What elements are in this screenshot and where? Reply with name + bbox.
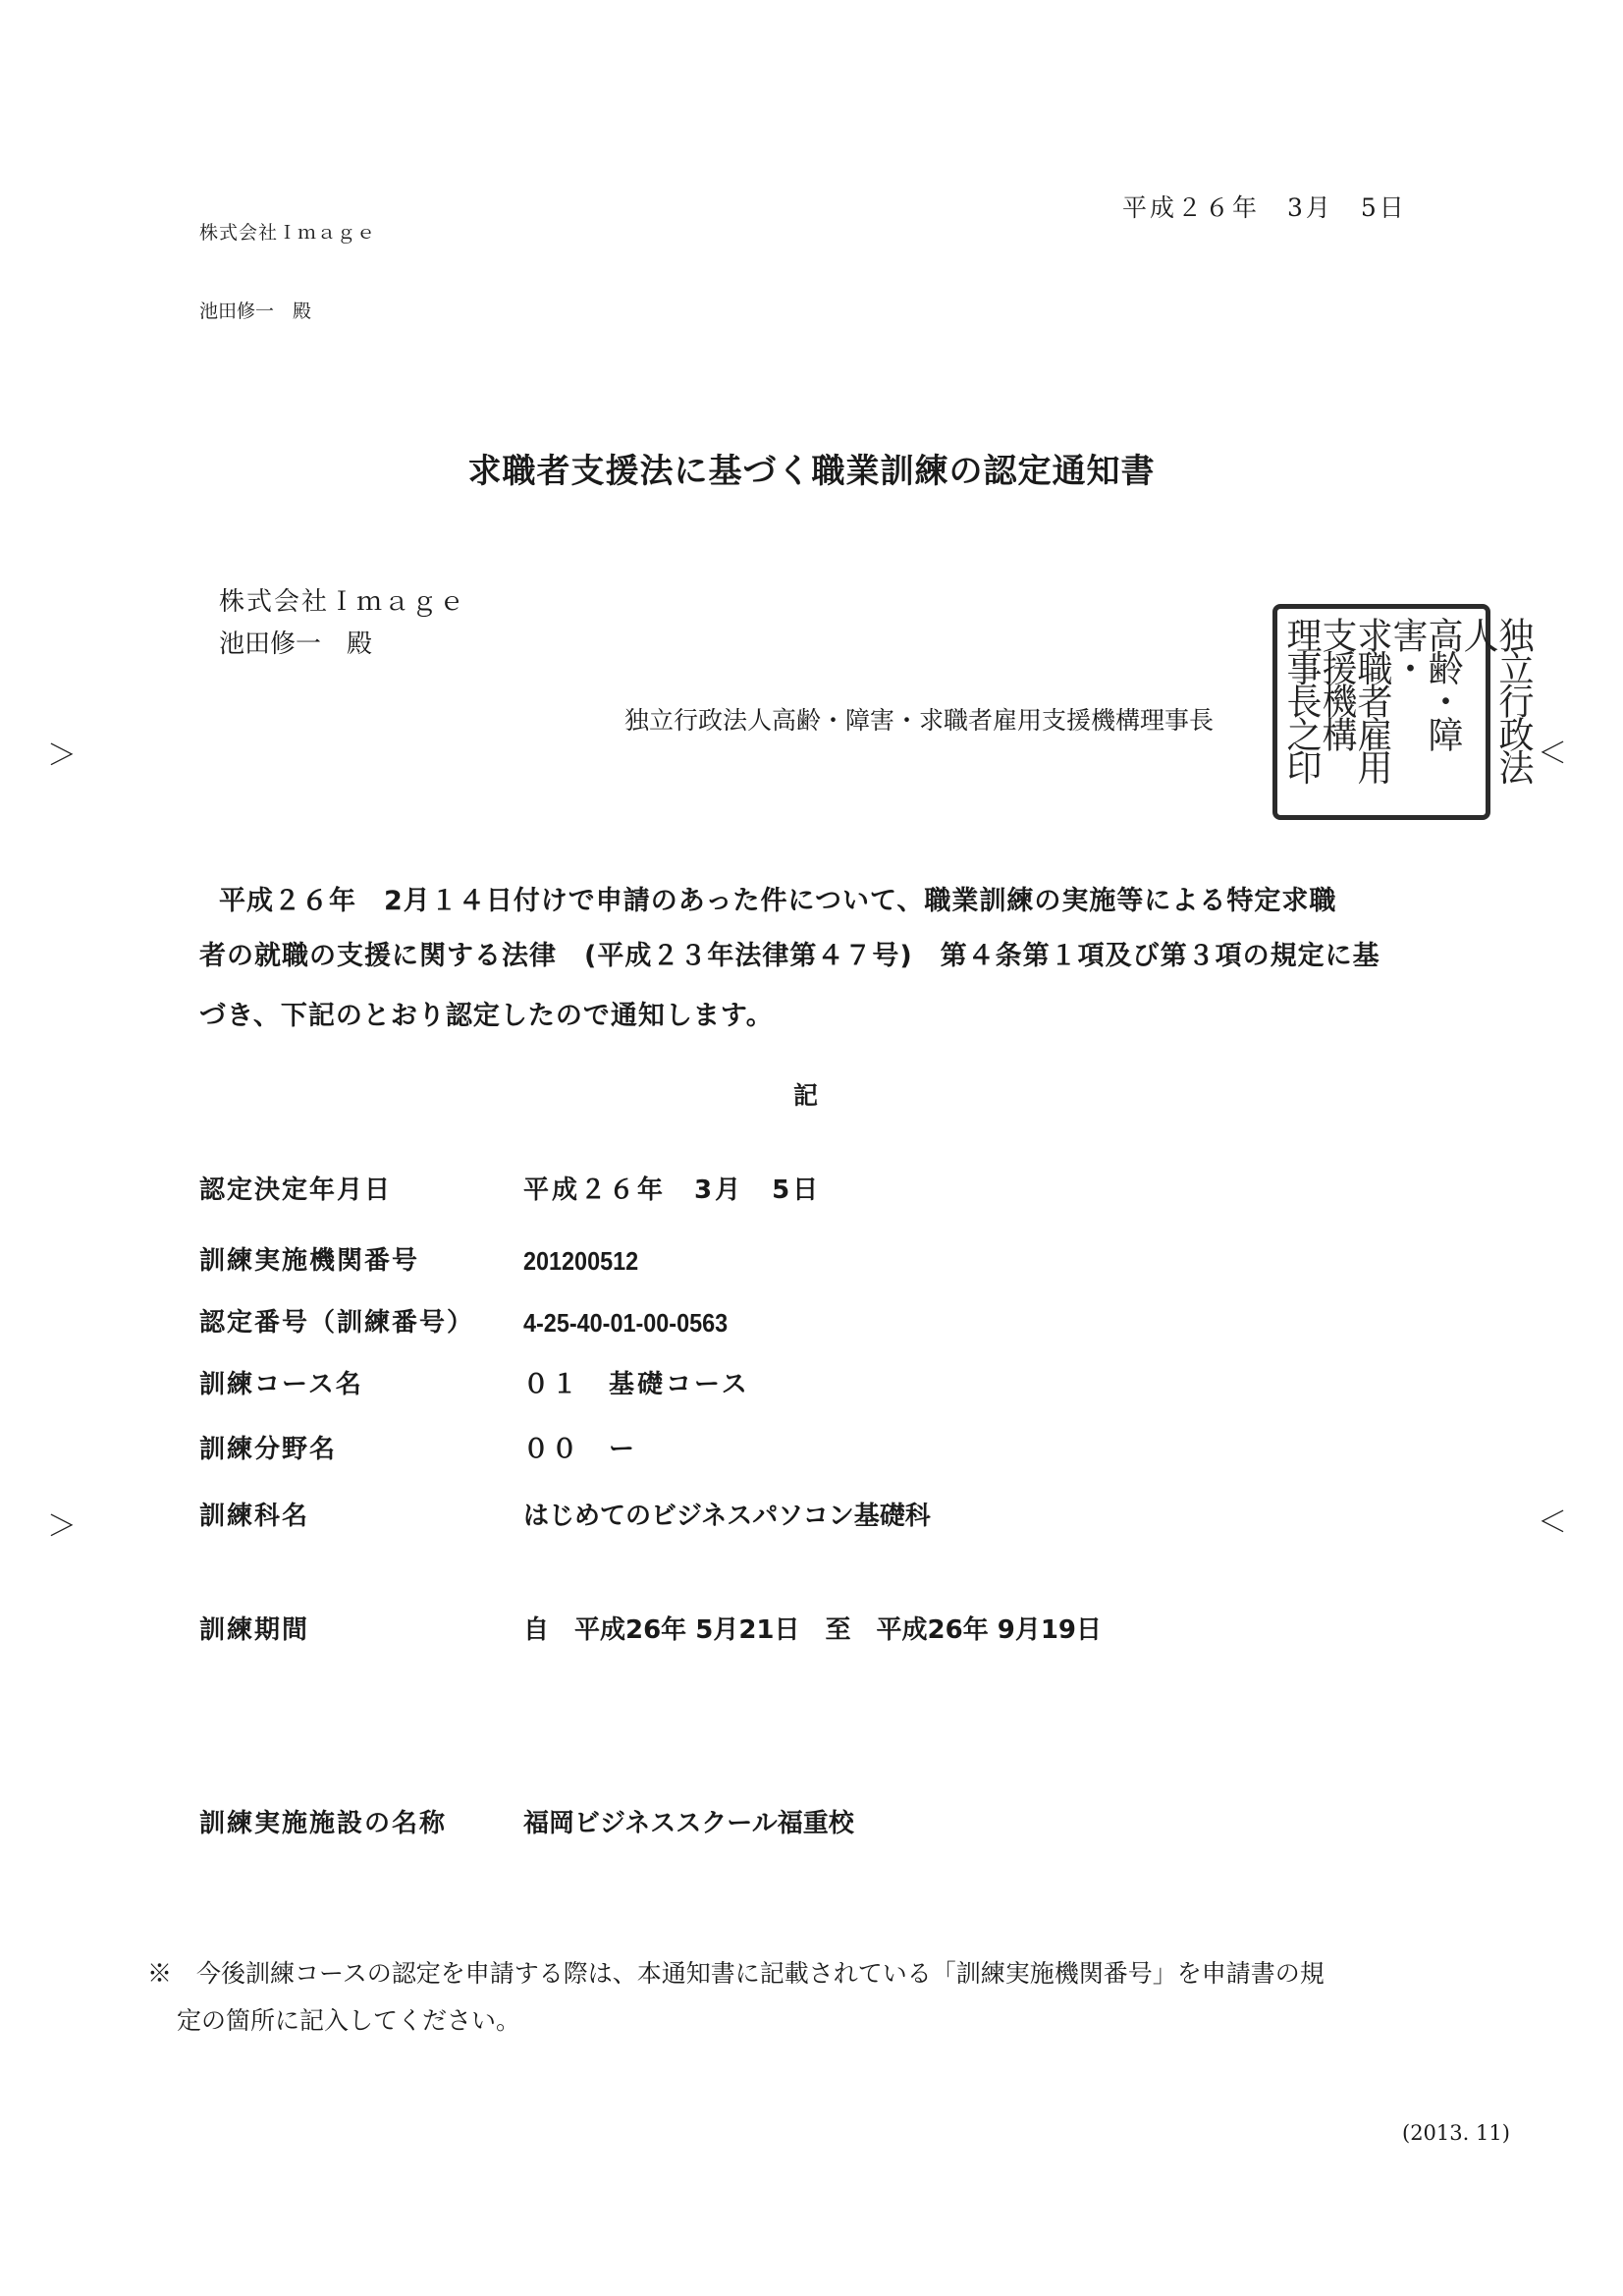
document-title: 求職者支援法に基づく職業訓練の認定通知書 xyxy=(0,455,1623,488)
fold-marker-right-icon: ＜ xyxy=(1538,1508,1567,1538)
detail-value-institution-number: 201200512 xyxy=(523,1248,638,1274)
detail-label-decision-date: 認定決定年月日 xyxy=(199,1177,392,1203)
form-version: (2013. 11) xyxy=(1402,2123,1510,2144)
fold-marker-left-icon: ＞ xyxy=(47,741,77,771)
detail-value-field-name: ００ ー xyxy=(523,1437,637,1462)
detail-label-subject-name: 訓練科名 xyxy=(199,1503,309,1529)
detail-value-certification-number: 4-25-40-01-00-0563 xyxy=(523,1310,728,1336)
header-recipient-company: 株式会社Ｉｍａｇｅ xyxy=(199,224,376,243)
detail-value-course-name: ０１ 基礎コース xyxy=(523,1372,750,1397)
section-marker-ki: 記 xyxy=(793,1083,818,1108)
detail-label-training-period: 訓練期間 xyxy=(199,1617,309,1643)
addressee-person: 池田修一 殿 xyxy=(219,631,372,657)
detail-value-decision-date: 平成２６年 3月 5日 xyxy=(523,1177,821,1203)
detail-label-certification-number: 認定番号（訓練番号） xyxy=(199,1310,474,1336)
note-text-line: 定の箇所に記入してください。 xyxy=(177,2008,520,2033)
body-text-line: 者の就職の支援に関する法律 (平成２３年法律第４７号) 第４条第１項及び第３項の… xyxy=(199,943,1407,969)
detail-label-field-name: 訓練分野名 xyxy=(199,1437,337,1462)
body-text-line: づき、下記のとおり認定したので通知します。 xyxy=(199,1003,1407,1029)
issue-date: 平成２６年 3月 5日 xyxy=(1122,195,1407,220)
official-seal: 独立行政法人 高齢・障害・ 求職者雇用 支援機構 理事長之印 xyxy=(1272,604,1490,820)
detail-label-course-name: 訓練コース名 xyxy=(199,1372,363,1397)
header-recipient-person: 池田修一 殿 xyxy=(199,302,311,321)
detail-value-subject-name: はじめてのビジネスパソコン基礎科 xyxy=(523,1503,931,1529)
seal-column: 求職者雇用 xyxy=(1354,617,1389,807)
seal-column: 理事長之印 xyxy=(1283,617,1319,807)
fold-marker-left-icon: ＞ xyxy=(47,1512,77,1542)
seal-column: 高齢・障害・ xyxy=(1389,617,1460,807)
detail-label-facility-name: 訓練実施施設の名称 xyxy=(199,1811,447,1836)
fold-marker-right-icon: ＜ xyxy=(1538,739,1567,769)
detail-label-institution-number: 訓練実施機関番号 xyxy=(199,1248,419,1274)
seal-column: 支援機構 xyxy=(1319,617,1354,807)
detail-value-facility-name: 福岡ビジネススクール福重校 xyxy=(523,1811,854,1836)
issuer-name: 独立行政法人高齢・障害・求職者雇用支援機構理事長 xyxy=(624,708,1214,733)
seal-column: 独立行政法人 xyxy=(1460,617,1531,807)
addressee-company: 株式会社Ｉｍａｇｅ xyxy=(219,589,466,615)
detail-value-training-period: 自 平成26年 5月21日 至 平成26年 9月19日 xyxy=(523,1617,1102,1643)
body-text-line: 平成２６年 2月１４日付けで申請のあった件について、職業訓練の実施等による特定求… xyxy=(219,888,1427,914)
note-text-line: ※ 今後訓練コースの認定を申請する際は、本通知書に記載されている「訓練実施機関番… xyxy=(147,1961,1325,1986)
